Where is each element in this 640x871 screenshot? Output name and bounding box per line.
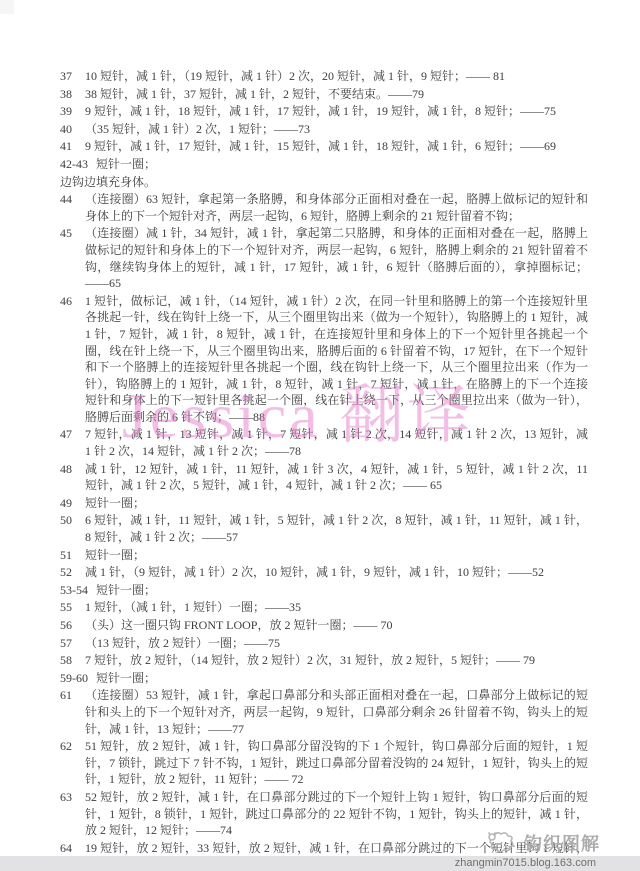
item-text: 减 1 针，（9 短针，减 1 针）2 次，10 短针，减 1 针，9 短针，减… [85,564,588,581]
blog-logo: 钩织图解 [484,830,600,856]
item-number: 46 [60,293,77,426]
list-item: 49 短针一圈； [60,495,588,512]
item-text: 短针一圈； [96,156,588,173]
list-item: 58 7 短针，放 2 短针，（14 短针，放 2 短针）2 次，31 短针，放… [60,652,588,669]
item-number: 57 [60,635,77,652]
item-text: 减 1 针，12 短针，减 1 针，11 短针，减 1 针 3 次，4 短针，减… [85,461,588,494]
item-number: 63 [60,789,77,839]
scan-corner-artifact [0,0,14,14]
item-number: 58 [60,652,77,669]
item-number: 40 [60,121,77,138]
list-item: 61 （连接圈）53 短针，减 1 针，拿起口鼻部分和头部正面相对叠在一起，口鼻… [60,687,588,737]
list-item: 38 38 短针，减 1 针，37 短针，减 1 针，2 短针，不要结束。——7… [60,86,588,103]
item-number: 61 [60,687,77,737]
list-item: 42-43 短针一圈； [60,156,588,173]
item-number: 41 [60,138,77,155]
item-number: 45 [60,225,77,291]
item-text: （35 短针，减 1 针）2 次，1 短针；——73 [85,121,588,138]
item-number: 62 [60,738,77,788]
list-item: 57 （13 短针，放 2 短针）一圈；——75 [60,635,588,652]
list-item: 56 （头）这一圈只钩 FRONT LOOP，放 2 短针一圈；—— 70 [60,617,588,634]
item-number: 52 [60,564,77,581]
pattern-instruction-list: 37 10 短针，减 1 针，（19 短针，减 1 针）2 次，20 短针，减 … [60,68,588,871]
blog-url: zhangmin7015.blog.163.com [455,857,640,869]
item-text: 1 短针，（减 1 针，1 短针）一圈；——35 [85,599,588,616]
list-item: 37 10 短针，减 1 针，（19 短针，减 1 针）2 次，20 短针，减 … [60,68,588,85]
list-item: 59-60 短针一圈； [60,670,588,687]
sheep-logo-icon [484,830,518,856]
item-number: 59-60 [60,670,88,687]
list-item: 边钩边填充身体。 [60,174,588,191]
list-item: 62 51 短针，放 2 短针，减 1 针，钩口鼻部分留没钩的下 1 个短针，钩… [60,738,588,788]
list-item: 41 9 短针，减 1 针，17 短针，减 1 针，15 短针，减 1 针，18… [60,138,588,155]
logo-text: 钩织图解 [524,830,600,856]
list-item: 55 1 短针，（减 1 针，1 短针）一圈；——35 [60,599,588,616]
item-number: 48 [60,461,77,494]
item-text: 1 短针，做标记，减 1 针，（14 短针，减 1 针）2 次，在同一针里和胳膊… [85,293,588,426]
list-item: 39 9 短针，减 1 针，18 短针，减 1 针，17 短针，减 1 针，19… [60,103,588,120]
item-number: 39 [60,103,77,120]
item-text: 6 短针，减 1 针，11 短针，减 1 针，5 短针，减 1 针 2 次，8 … [85,512,588,545]
item-number: 44 [60,191,77,224]
item-text: （连接圈）63 短针，拿起第一条胳膊，和身体部分正面相对叠在一起，胳膊上做标记的… [85,191,588,224]
item-text: 9 短针，减 1 针，18 短针，减 1 针，17 短针，减 1 针，19 短针… [85,103,588,120]
item-text: （连接圈）53 短针，减 1 针，拿起口鼻部分和头部正面相对叠在一起，口鼻部分上… [85,687,588,737]
item-text: 10 短针，减 1 针，（19 短针，减 1 针）2 次，20 短针，减 1 针… [85,68,588,85]
item-text: 38 短针，减 1 针，37 短针，减 1 针，2 短针，不要结束。——79 [85,86,588,103]
item-number: 49 [60,495,77,512]
list-item: 45 （连接圈）减 1 针，34 短针，减 1 针，拿起第二只胳膊，和身体的正面… [60,225,588,291]
item-number: 55 [60,599,77,616]
item-number: 38 [60,86,77,103]
item-text: 51 短针，放 2 短针，减 1 针，钩口鼻部分留没钩的下 1 个短针，钩口鼻部… [85,738,588,788]
item-text: （头）这一圈只钩 FRONT LOOP，放 2 短针一圈；—— 70 [85,617,588,634]
item-text: 7 短针，放 2 短针，（14 短针，放 2 短针）2 次，31 短针，放 2 … [85,652,588,669]
item-text: 短针一圈； [85,495,588,512]
item-text: 短针一圈； [85,547,588,564]
item-number: 56 [60,617,77,634]
item-text: 短针一圈； [96,582,588,599]
list-item: 48 减 1 针，12 短针，减 1 针，11 短针，减 1 针 3 次，4 短… [60,461,588,494]
list-item: 52 减 1 针，（9 短针，减 1 针）2 次，10 短针，减 1 针，9 短… [60,564,588,581]
footer-bar: zhangmin7015.blog.163.com [0,856,640,871]
item-text: 边钩边填充身体。 [60,174,588,191]
item-text: （连接圈）减 1 针，34 短针，减 1 针，拿起第二只胳膊，和身体的正面相对叠… [85,225,588,291]
item-text: 短针一圈； [96,670,588,687]
list-item: 51 短针一圈； [60,547,588,564]
list-item: 50 6 短针，减 1 针，11 短针，减 1 针，5 短针，减 1 针 2 次… [60,512,588,545]
list-item: 47 7 短针，减 1 针，13 短针，减 1 针，7 短针，减 1 针 2 次… [60,426,588,459]
item-text: 9 短针，减 1 针，17 短针，减 1 针，15 短针，减 1 针，18 短针… [85,138,588,155]
item-number: 53-54 [60,582,88,599]
item-number: 51 [60,547,77,564]
item-number: 37 [60,68,77,85]
list-item: 44 （连接圈）63 短针，拿起第一条胳膊，和身体部分正面相对叠在一起，胳膊上做… [60,191,588,224]
item-text: （13 短针，放 2 短针）一圈；——75 [85,635,588,652]
list-item: 46 1 短针，做标记，减 1 针，（14 短针，减 1 针）2 次，在同一针里… [60,293,588,426]
item-number: 47 [60,426,77,459]
item-number: 42-43 [60,156,88,173]
item-text: 7 短针，减 1 针，13 短针，减 1 针，7 短针，减 1 针 2 次，14… [85,426,588,459]
item-number: 50 [60,512,77,545]
list-item: 53-54 短针一圈； [60,582,588,599]
list-item: 40 （35 短针，减 1 针）2 次，1 短针；——73 [60,121,588,138]
